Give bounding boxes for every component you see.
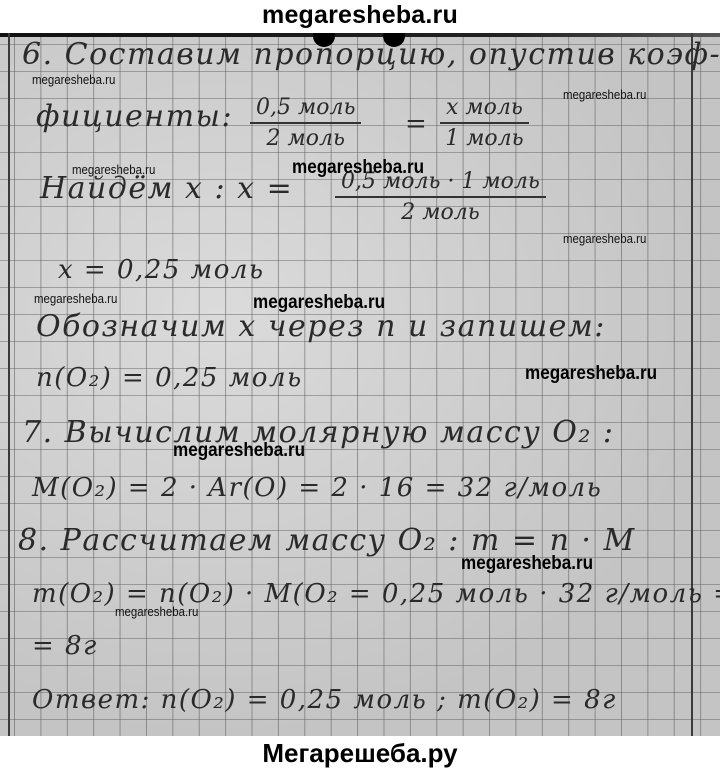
watermark: megaresheba.ru	[253, 292, 385, 314]
watermark: megaresheba.ru	[115, 604, 198, 619]
step6-heading: 6. Составим пропорцию, опустив коэф-	[22, 37, 720, 72]
watermark: megaresheba.ru	[173, 440, 305, 462]
notebook-photo: 6. Составим пропорцию, опустив коэф- фиц…	[0, 33, 720, 736]
right-margin-line	[691, 33, 693, 736]
step6-continuation: фициенты:	[36, 99, 233, 134]
watermark: megaresheba.ru	[461, 553, 593, 575]
watermark: megaresheba.ru	[32, 72, 115, 87]
watermark: megaresheba.ru	[563, 231, 646, 246]
molar-mass-formula: M(O₂) = 2 · Ar(O) = 2 · 16 = 32 г/моль	[32, 473, 602, 503]
n-o2-result: n(O₂) = 0,25 моль	[36, 363, 303, 393]
fraction-denominator: 2 моль	[250, 124, 361, 151]
watermark: megaresheba.ru	[34, 291, 117, 306]
fraction-given: 0,5 моль 2 моль	[250, 95, 361, 151]
fraction-numerator: 0,5 моль	[250, 95, 361, 124]
denote-line: Обозначим x через n и запишем:	[36, 309, 606, 344]
fraction-denominator: 2 моль	[335, 198, 546, 225]
watermark: megaresheba.ru	[525, 363, 657, 385]
x-result: x = 0,25 моль	[58, 255, 265, 285]
site-footer: Мегарешеба.ру	[0, 736, 720, 770]
left-margin-line	[8, 33, 10, 736]
step7-heading: 7. Вычислим молярную массу O₂ :	[22, 415, 615, 450]
watermark: megaresheba.ru	[563, 87, 646, 102]
watermark: megaresheba.ru	[292, 157, 424, 179]
answer-line: Ответ: n(O₂) = 0,25 моль ; m(O₂) = 8г	[32, 685, 617, 715]
fraction-numerator: x моль	[440, 95, 529, 124]
site-header: megaresheba.ru	[0, 0, 720, 33]
mass-result: = 8г	[32, 631, 98, 661]
fraction-unknown: x моль 1 моль	[440, 95, 529, 151]
fraction-denominator: 1 моль	[440, 124, 529, 151]
equals-sign: =	[405, 109, 428, 139]
watermark: megaresheba.ru	[72, 162, 155, 177]
